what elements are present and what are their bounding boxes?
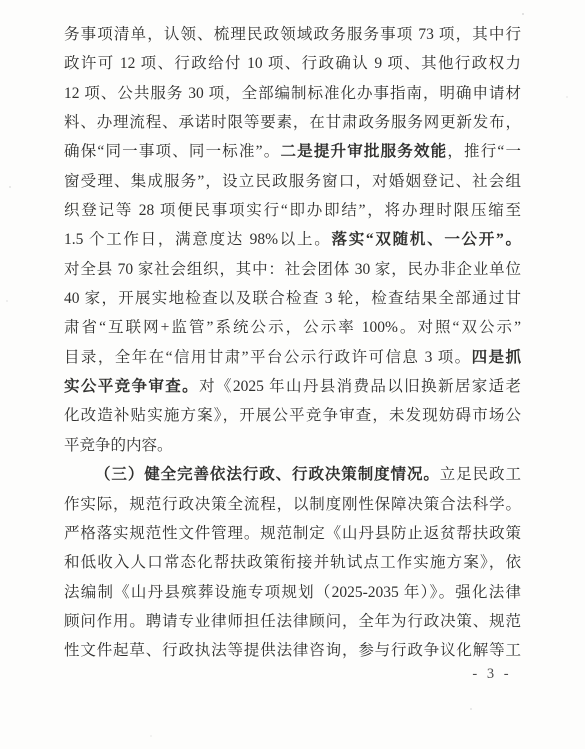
text-segment: 目录，全年在“信用甘肃”平台公示行政许可信息 3 项。 xyxy=(64,349,472,366)
text-line: 实公平竞争审查。对《2025 年山丹县消费品以旧换新居家适老 xyxy=(64,372,521,401)
text-segment: 料、办理流程、承诺时限等要素，在甘肃政务服务网更新发布， xyxy=(64,114,521,131)
text-line: 化改造补贴实施方案》，开展公平竞争审查，未发现妨碍市场公 xyxy=(64,401,521,430)
text-line: （三）健全完善依法行政、行政决策制度情况。立足民政工 xyxy=(64,460,521,489)
text-segment: 作实际，规范行政决策全流程，以制度刚性保障决策合法科学。 xyxy=(64,496,521,513)
text-line: 确保“同一事项、同一标准”。二是提升审批服务效能，推行“一 xyxy=(64,137,521,166)
bold-text-segment: 落实“双随机、一公开”。 xyxy=(331,231,521,248)
text-line: 料、办理流程、承诺时限等要素，在甘肃政务服务网更新发布， xyxy=(64,108,521,137)
text-segment: 对全县 70 家社会组织，其中：社会团体 30 家，民办非企业单位 xyxy=(64,261,521,278)
text-segment: 对《2025 年山丹县消费品以旧换新居家适老 xyxy=(199,378,521,395)
text-segment: 法编制《山丹县殡葬设施专项规划（2025-2035 年）》。强化法律 xyxy=(64,584,521,601)
text-segment: 40 家，开展实地检查以及联合检查 3 轮，检查结果全部通过甘 xyxy=(64,290,521,307)
text-line: 和低收入人口常态化帮扶政策衔接并轨试点工作实施方案》，依 xyxy=(64,548,521,577)
text-segment: 织登记等 28 项便民事项实行“即办即结”，将办理时限压缩至 xyxy=(64,202,521,219)
text-segment: 确保“同一事项、同一标准”。 xyxy=(64,143,280,160)
bold-text-segment: （三）健全完善依法行政、行政决策制度情况。 xyxy=(95,466,440,483)
text-segment: 顾问作用。聘请专业律师担任法律顾问，全年为行政决策、规范 xyxy=(64,613,521,630)
text-segment: 性文件起草、行政执法等提供法律咨询，参与行政争议化解等工 xyxy=(64,642,521,659)
text-segment: 务事项清单，认领、梳理民政领域政务服务事项 73 项，其中行 xyxy=(64,26,521,43)
text-line: 肃省“互联网+监管”系统公示，公示率 100%。对照“双公示” xyxy=(64,313,521,342)
document-body-text: 务事项清单，认领、梳理民政领域政务服务事项 73 项，其中行政许可 12 项、行… xyxy=(64,20,521,666)
text-line: 平竞争的内容。 xyxy=(64,431,521,460)
scan-noise-artifacts xyxy=(0,0,2,2)
text-segment: ，推行“一 xyxy=(447,143,521,160)
bold-text-segment: 二是提升审批服务效能 xyxy=(280,143,447,160)
text-segment: 1.5 个工作日，满意度达 98%以上。 xyxy=(64,231,331,248)
text-line: 务事项清单，认领、梳理民政领域政务服务事项 73 项，其中行 xyxy=(64,20,521,49)
text-segment: 肃省“互联网+监管”系统公示，公示率 100%。对照“双公示” xyxy=(64,319,521,336)
text-segment: 平竞争的内容。 xyxy=(64,437,173,454)
text-segment: 化改造补贴实施方案》，开展公平竞争审查，未发现妨碍市场公 xyxy=(64,407,521,424)
text-segment: 和低收入人口常态化帮扶政策衔接并轨试点工作实施方案》，依 xyxy=(64,554,521,571)
text-segment: 窗受理、集成服务”，设立民政服务窗口，对婚姻登记、社会组 xyxy=(64,173,521,190)
text-line: 40 家，开展实地检查以及联合检查 3 轮，检查结果全部通过甘 xyxy=(64,284,521,313)
text-segment: 12 项、公共服务 30 项，全部编制标准化办事指南，明确申请材 xyxy=(64,85,521,102)
text-line: 严格落实规范性文件管理。规范制定《山丹县防止返贫帮扶政策 xyxy=(64,519,521,548)
text-line: 对全县 70 家社会组织，其中：社会团体 30 家，民办非企业单位 xyxy=(64,255,521,284)
bold-text-segment: 实公平竞争审查。 xyxy=(64,378,199,395)
text-line: 织登记等 28 项便民事项实行“即办即结”，将办理时限压缩至 xyxy=(64,196,521,225)
text-segment: 立足民政工 xyxy=(440,466,521,483)
page-number: - 3 - xyxy=(452,666,532,683)
text-line: 目录，全年在“信用甘肃”平台公示行政许可信息 3 项。四是抓 xyxy=(64,343,521,372)
text-line: 顾问作用。聘请专业律师担任法律顾问，全年为行政决策、规范 xyxy=(64,607,521,636)
text-line: 政许可 12 项、行政给付 10 项、行政确认 9 项、其他行政权力 xyxy=(64,49,521,78)
text-line: 窗受理、集成服务”，设立民政服务窗口，对婚姻登记、社会组 xyxy=(64,167,521,196)
text-segment: 严格落实规范性文件管理。规范制定《山丹县防止返贫帮扶政策 xyxy=(64,525,521,542)
text-line: 作实际，规范行政决策全流程，以制度刚性保障决策合法科学。 xyxy=(64,490,521,519)
document-page: 务事项清单，认领、梳理民政领域政务服务事项 73 项，其中行政许可 12 项、行… xyxy=(0,0,585,749)
bold-text-segment: 四是抓 xyxy=(472,349,521,366)
text-line: 1.5 个工作日，满意度达 98%以上。落实“双随机、一公开”。 xyxy=(64,225,521,254)
text-segment: 政许可 12 项、行政给付 10 项、行政确认 9 项、其他行政权力 xyxy=(64,55,521,72)
text-line: 法编制《山丹县殡葬设施专项规划（2025-2035 年）》。强化法律 xyxy=(64,578,521,607)
text-line: 性文件起草、行政执法等提供法律咨询，参与行政争议化解等工 xyxy=(64,636,521,665)
text-line: 12 项、公共服务 30 项，全部编制标准化办事指南，明确申请材 xyxy=(64,79,521,108)
